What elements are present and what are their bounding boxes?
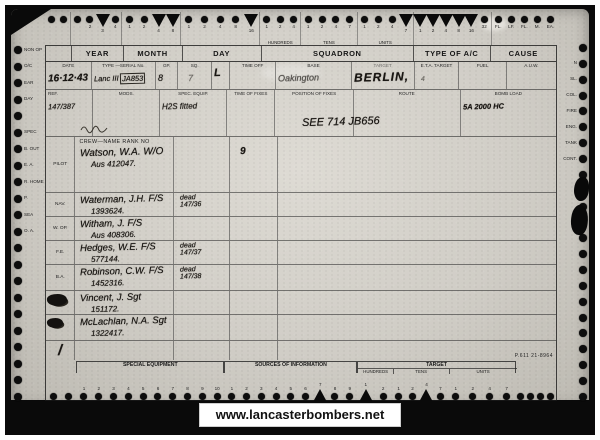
punch-hole: 32 xyxy=(478,16,491,30)
punch-notch: 16 xyxy=(465,16,478,34)
crew-extra-cell xyxy=(229,217,277,240)
punch-hole: 4 xyxy=(385,16,399,30)
punch-hole: 6 xyxy=(151,386,166,400)
target-label: TARGET xyxy=(354,63,412,68)
eta-value: 4 xyxy=(421,76,425,83)
role-rg-scribbled xyxy=(46,315,74,340)
crew-note-cell xyxy=(173,341,229,360)
punch-hole xyxy=(579,107,587,115)
edge-punch-item: COL. xyxy=(557,91,587,101)
mods-label: MODS. xyxy=(95,91,157,96)
punch-hole: 1 xyxy=(224,386,239,400)
role-mug-scribbled xyxy=(46,291,74,315)
crew-row-wop: W. OP. Witham, J. F/S Aus 408306. xyxy=(46,217,556,241)
field-auw: A.U.W. xyxy=(506,62,556,89)
edge-label: R. HOME xyxy=(24,180,44,185)
mug-name: Vincent, J. Sgt xyxy=(80,291,171,304)
punch-hole: 7 xyxy=(498,386,515,400)
slash-mark: / xyxy=(58,342,63,359)
edge-label: SEA xyxy=(24,213,33,218)
punch-hole xyxy=(579,76,587,84)
band-squadron: SQUADRON xyxy=(261,46,413,61)
punch-group-squadron-hundreds: 124 HUNDREDS xyxy=(259,12,300,45)
punch-group-year: 234 xyxy=(70,12,121,45)
punch-hole: 9 xyxy=(342,386,357,400)
punch-hole: 8 xyxy=(180,386,195,400)
crew-row-pilot: PILOT CREW—NAME RANK NO Watson, W.A. W/O… xyxy=(46,137,556,193)
edge-punch-item: CONT. xyxy=(557,154,587,164)
ba-note-ref: 147/38 xyxy=(180,273,227,281)
field-time-off: TIME OFF xyxy=(229,62,276,89)
edge-label: SPEC xyxy=(24,130,37,135)
crew-extra-cell xyxy=(229,291,277,315)
crew-row-blank: / xyxy=(46,341,556,360)
edge-label: P. xyxy=(24,196,28,201)
pilot-extra-mark: 9 xyxy=(240,146,246,157)
field-fuel: FUEL xyxy=(458,62,505,89)
punch-hole xyxy=(579,345,587,353)
crew-row-ba: B.A. Robinson, C.W. F/S 1452316. dead 14… xyxy=(46,265,556,291)
punch-notch: 8 xyxy=(452,16,465,34)
punch-hole xyxy=(579,377,587,385)
punch-hole xyxy=(14,145,22,153)
ref-label: REF. xyxy=(48,91,90,96)
crew-name-cell: Robinson, C.W. F/S 1452316. xyxy=(74,265,173,290)
punch-hole xyxy=(45,16,58,30)
punch-hole: 2 xyxy=(197,16,213,30)
crew-note-cell: dead 147/37 xyxy=(173,241,229,264)
punch-hole xyxy=(14,376,22,384)
punch-hole xyxy=(14,178,22,186)
crew-extra-cell xyxy=(229,341,277,360)
edge-punch-item: EAR xyxy=(14,78,44,88)
edge-label: CONT. xyxy=(563,157,577,162)
serial-value: JA853 xyxy=(120,73,146,85)
role-nav: NAV. xyxy=(46,193,74,216)
field-row-2: REF. 147/387 MODS. SPEC. EQUIP. H2S fitt… xyxy=(46,90,556,137)
edge-punch-item: SPEC xyxy=(14,128,44,138)
punch-hole: 2 xyxy=(464,386,481,400)
edge-punch-item xyxy=(557,360,587,370)
punch-notch: 8 xyxy=(166,16,180,34)
punch-group-type: 12481632 xyxy=(413,12,491,45)
edge-label: B. OUT xyxy=(24,147,39,152)
date-value: 16·12·43 xyxy=(48,72,88,84)
left-edge-punch-column: NON OPO/CEARDAYSPECB. OUTE. A.R. HOMEP.S… xyxy=(14,45,44,402)
special-equipment-label: SPECIAL EQUIPMENT xyxy=(77,362,223,368)
punch-hole: 1 xyxy=(301,16,315,30)
sources-box: SOURCES OF INFORMATION xyxy=(224,361,357,373)
punch-hole xyxy=(14,360,22,368)
punch-hole xyxy=(61,386,76,400)
punch-hole: 7 xyxy=(343,16,357,30)
punch-hole: 7 xyxy=(433,386,447,400)
punch-notch: 16 xyxy=(243,16,259,34)
edge-punch-item xyxy=(14,375,44,385)
role-wop: W. OP. xyxy=(46,217,74,240)
crew-blank-cell xyxy=(277,291,556,315)
type-value: Lanc III xyxy=(94,74,119,84)
special-equipment-box: SPECIAL EQUIPMENT xyxy=(76,361,224,373)
bottom-section-labels: SPECIAL EQUIPMENT SOURCES OF INFORMATION… xyxy=(46,360,556,373)
crew-row-nav: NAV. Waterman, J.H. F/S 1393624. dead 14… xyxy=(46,193,556,217)
crew-name-cell xyxy=(74,341,173,360)
spec-equip-value: H2S fitted xyxy=(162,102,197,112)
punch-notch: 7 xyxy=(399,16,413,34)
punch-hole xyxy=(71,16,84,30)
punch-hole xyxy=(515,386,525,400)
crew-note-cell: dead 147/38 xyxy=(173,265,229,290)
edge-punch-item: DAY xyxy=(14,95,44,105)
crew-name-cell: Waterman, J.H. F/S 1393624. xyxy=(74,193,173,216)
edge-punch-item: SEA xyxy=(14,210,44,220)
caption-bar: www.lancasterbombers.net xyxy=(10,400,590,430)
base-label: BASE xyxy=(278,63,348,68)
punch-hole xyxy=(14,96,22,104)
punch-hole: 2 xyxy=(315,16,329,30)
band-month: MONTH xyxy=(123,46,182,61)
crew-note-cell xyxy=(173,137,229,192)
time-off-label: TIME OFF xyxy=(232,63,274,68)
field-time-of-fixes: TIME OF FIXES xyxy=(226,90,274,136)
role-scribble xyxy=(46,293,67,307)
edge-label: E. A. xyxy=(24,163,34,168)
crew-row-rg: McLachlan, N.A. Sgt 1322417. xyxy=(46,315,556,341)
sources-label: SOURCES OF INFORMATION xyxy=(225,362,356,368)
bomb-load-label: BOMB LOAD xyxy=(463,91,554,96)
edge-punch-item: R. HOME xyxy=(14,177,44,187)
field-l: L xyxy=(211,62,229,89)
crew-table: PILOT CREW—NAME RANK NO Watson, W.A. W/O… xyxy=(46,137,556,360)
caption-box: www.lancasterbombers.net xyxy=(199,403,402,427)
nav-note-ref: 147/36 xyxy=(180,201,227,209)
raf-loss-card: NON OPO/CEARDAYSPECB. OUTE. A.R. HOMEP.S… xyxy=(11,9,589,407)
punch-hole xyxy=(579,92,587,100)
edge-punch-item xyxy=(557,392,587,402)
edge-label: O/C xyxy=(24,64,32,69)
edge-punch-item xyxy=(557,281,587,291)
punch-hole: 2 xyxy=(239,386,254,400)
gp-value: 8 xyxy=(158,73,163,83)
illegible-scrawl xyxy=(79,122,109,134)
punch-hole xyxy=(579,123,587,131)
rg-number: 1322417. xyxy=(91,327,171,338)
punch-hole xyxy=(14,294,22,302)
crew-extra-cell xyxy=(229,265,277,290)
crew-name-cell: CREW—NAME RANK NO Watson, W.A. W/O Aus 4… xyxy=(74,137,173,192)
bottom-lead xyxy=(46,361,76,373)
punch-hole: 1 xyxy=(392,386,406,400)
edge-punch-item: O/C xyxy=(14,62,44,72)
crew-blank-cell xyxy=(277,265,556,290)
punch-notch: 7 xyxy=(313,382,328,400)
punch-hole xyxy=(14,343,22,351)
punch-hole xyxy=(579,44,587,52)
field-mods: MODS. xyxy=(92,90,159,136)
punch-hole: 1 xyxy=(447,386,464,400)
auw-label: A.U.W. xyxy=(509,63,554,68)
punch-hole: 1 xyxy=(260,16,273,30)
edge-punch-item: O. A. xyxy=(14,227,44,237)
punch-hole: 2 xyxy=(374,386,391,400)
field-date: DATE 16·12·43 xyxy=(46,62,91,89)
edge-punch-item: E. A. xyxy=(14,161,44,171)
punch-hole xyxy=(46,386,61,400)
punch-hole: 4 xyxy=(212,16,228,30)
edge-punch-item xyxy=(14,276,44,286)
crew-blank-cell xyxy=(277,137,556,192)
crew-name-cell: Hedges, W.E. F/S 577144. xyxy=(74,241,173,264)
punch-notch: 1 xyxy=(414,16,427,34)
spec-equip-label: SPEC. EQUIP. xyxy=(162,91,224,96)
punch-group-squadron-tens: 1247 TENS xyxy=(300,12,356,45)
punch-hole: 1 xyxy=(358,16,372,30)
top-punch-strip: 234 1248 124816 124 HUNDREDS 1247 TENS 1… xyxy=(45,12,557,45)
punch-hole: 8 xyxy=(228,16,244,30)
edge-punch-item xyxy=(14,293,44,303)
crew-name-cell: McLachlan, N.A. Sgt 1322417. xyxy=(74,315,173,340)
punch-hole: 2 xyxy=(137,16,151,30)
edge-punch-item xyxy=(557,233,587,243)
crew-extra-cell xyxy=(229,315,277,340)
field-base: BASE Oakington xyxy=(275,62,350,89)
fe-note-ref: 147/37 xyxy=(180,249,227,257)
edge-punch-item: TANK xyxy=(557,138,587,148)
edge-punch-item: SL. xyxy=(557,75,587,85)
punch-hole xyxy=(579,282,587,290)
punch-hole: 5 xyxy=(283,386,298,400)
website-caption: www.lancasterbombers.net xyxy=(216,407,385,422)
edge-label: FIRE xyxy=(567,109,577,114)
crew-row-mug: Vincent, J. Sgt 151172. xyxy=(46,291,556,316)
punch-hole: 4 xyxy=(109,16,122,30)
crew-note-cell xyxy=(173,315,229,340)
ref-value: 147/387 xyxy=(48,102,75,112)
edge-punch-item xyxy=(557,43,587,53)
punch-hole: 1 xyxy=(181,16,197,30)
punch-hole: LF. xyxy=(505,16,518,30)
punch-notch: 4 xyxy=(151,16,165,34)
field-gp: GP. 8 xyxy=(155,62,177,89)
punch-hole xyxy=(579,329,587,337)
route-label: ROUTE xyxy=(356,91,458,96)
punch-hole xyxy=(579,155,587,163)
punch-group-lead xyxy=(45,12,70,45)
crew-note-cell xyxy=(173,217,229,240)
punch-hole: 3 xyxy=(106,386,121,400)
field-bomb-load: BOMB LOAD 5A 2000 HC xyxy=(460,90,556,136)
band-stub xyxy=(46,46,71,61)
edge-punch-item xyxy=(557,328,587,338)
punch-notch: 4 xyxy=(439,16,452,34)
bottom-trail xyxy=(516,361,556,373)
punch-hole xyxy=(579,250,587,258)
punch-hole xyxy=(14,79,22,87)
punch-hole: 1 xyxy=(77,386,92,400)
band-cause: CAUSE xyxy=(490,46,557,61)
edge-label: NON OP xyxy=(24,48,42,53)
fe-number: 577144. xyxy=(91,253,171,264)
punch-hole xyxy=(579,139,587,147)
edge-punch-item: B. OUT xyxy=(14,144,44,154)
punch-hole xyxy=(14,244,22,252)
role-blank: / xyxy=(46,341,74,360)
edge-punch-item xyxy=(557,313,587,323)
black-mount-background: NON OPO/CEARDAYSPECB. OUTE. A.R. HOMEP.S… xyxy=(5,5,595,435)
pilot-number: Aus 412047. xyxy=(91,158,171,169)
punch-hole xyxy=(14,129,22,137)
punch-hole xyxy=(14,228,22,236)
crew-extra-cell: 9 xyxy=(229,137,277,192)
field-spec-equip: SPEC. EQUIP. H2S fitted xyxy=(159,90,226,136)
edge-punch-item: NON OP xyxy=(14,45,44,55)
punch-hole: 2 xyxy=(273,16,286,30)
sq-value: 7 xyxy=(188,73,193,83)
punch-hole: 2 xyxy=(84,16,97,30)
punch-hole xyxy=(14,112,22,120)
crew-note-cell: dead 147/36 xyxy=(173,193,229,216)
punch-group-cause: FL.LF.FL.M.EA. xyxy=(491,12,557,45)
punch-hole xyxy=(14,277,22,285)
mug-number: 151172. xyxy=(91,303,171,314)
punch-notch: 2 xyxy=(427,16,440,34)
base-value: Oakington xyxy=(278,72,319,83)
edge-punch-item: ENG. xyxy=(557,122,587,132)
edge-punch-item xyxy=(557,344,587,354)
role-fe: F.E. xyxy=(46,241,74,264)
punch-hole: FL. xyxy=(518,16,531,30)
field-row-1: DATE 16·12·43 TYPE —SERIAL No. Lanc IIIJ… xyxy=(46,62,556,90)
punch-hole: 5 xyxy=(136,386,151,400)
punch-hole: 4 xyxy=(121,386,136,400)
edge-label: DAY xyxy=(24,97,33,102)
edge-punch-item xyxy=(14,243,44,253)
edge-label: EAR xyxy=(24,81,33,86)
position-of-fixes-label: POSITION OF FIXES xyxy=(277,91,350,96)
bottom-punch-strip: SPECIAL EQUIPMENT SOURCES OF INFORMATION… xyxy=(46,360,556,400)
role-pilot: PILOT xyxy=(46,137,74,192)
edge-punch-item xyxy=(14,359,44,369)
punch-hole: 10 xyxy=(210,386,225,400)
punch-hole: 4 xyxy=(481,386,498,400)
edge-punch-item: FIRE xyxy=(557,106,587,116)
edge-punch-item xyxy=(14,260,44,270)
crew-extra-cell xyxy=(229,241,277,264)
field-eta-target: E.T.A. TARGET 4 xyxy=(414,62,459,89)
punch-hole: 8 xyxy=(328,386,343,400)
form-grid: YEAR MONTH DAY SQUADRON TYPE OF A/C CAUS… xyxy=(45,45,557,401)
punch-hole xyxy=(546,386,556,400)
edge-punch-item xyxy=(557,265,587,275)
field-position-of-fixes: POSITION OF FIXES xyxy=(274,90,352,136)
punch-hole xyxy=(14,162,22,170)
punch-hole: 2 xyxy=(371,16,385,30)
punch-hole xyxy=(536,386,546,400)
edge-label: O. A. xyxy=(24,229,34,234)
crew-name-cell: Witham, J. F/S Aus 408306. xyxy=(74,217,173,240)
crew-blank-cell xyxy=(277,241,556,264)
crew-note-cell xyxy=(173,291,229,315)
edge-label: COL. xyxy=(566,93,577,98)
punch-notch: 4 xyxy=(420,382,434,400)
punch-hole: 9 xyxy=(195,386,210,400)
edge-label: TANK xyxy=(565,141,577,146)
punch-hole xyxy=(579,234,587,242)
punch-hole xyxy=(579,393,587,401)
form-number: P.611 21-8964 xyxy=(515,353,553,359)
target-box: TARGET HUNDREDS TENS UNITS xyxy=(357,361,515,373)
edge-label: N xyxy=(574,61,577,66)
crew-row-fe: F.E. Hedges, W.E. F/S 577144. dead 147/3… xyxy=(46,241,556,265)
nav-number: 1393624. xyxy=(91,205,171,216)
edge-punch-item xyxy=(14,392,44,402)
bottom-holes-row: 12345678910 123456789 12 1247 1247 xyxy=(46,373,556,400)
punch-hole xyxy=(579,314,587,322)
crew-blank-cell xyxy=(277,217,556,240)
field-route: ROUTE SEE 714 JB656 xyxy=(353,90,460,136)
punch-notch: 3 xyxy=(96,16,109,34)
bomb-load-value: 5A 2000 HC xyxy=(463,101,504,111)
edge-label: ENG. xyxy=(566,125,577,130)
gp-label: GP. xyxy=(158,63,175,68)
punch-group-squadron-units: 1247 UNITS xyxy=(357,12,413,45)
punch-notch: 1 xyxy=(357,382,374,400)
role-ba: B.A. xyxy=(46,265,74,290)
punch-hole xyxy=(58,16,71,30)
edge-punch-item xyxy=(14,326,44,336)
time-of-fixes-label: TIME OF FIXES xyxy=(229,91,272,96)
field-target: TARGET BERLIN, xyxy=(351,62,414,89)
wop-number: Aus 408306. xyxy=(91,229,171,240)
punch-hole: 1 xyxy=(122,16,136,30)
punch-hole: 2 xyxy=(91,386,106,400)
punch-hole xyxy=(14,46,22,54)
punch-hole xyxy=(579,361,587,369)
punch-hole xyxy=(579,266,587,274)
edge-punch-item xyxy=(14,342,44,352)
l-value: L xyxy=(214,67,221,79)
punch-hole xyxy=(14,211,22,219)
punch-hole: 4 xyxy=(287,16,300,30)
punch-hole xyxy=(14,63,22,71)
role-scribble xyxy=(47,318,64,330)
punch-hole xyxy=(525,386,535,400)
punch-hole: 4 xyxy=(329,16,343,30)
punch-hole: FL. xyxy=(492,16,505,30)
punch-group-day: 124816 xyxy=(180,12,259,45)
eta-label: E.T.A. TARGET xyxy=(417,63,457,68)
crew-blank-cell xyxy=(277,315,556,340)
edge-punch-item xyxy=(557,249,587,259)
punch-hole xyxy=(579,298,587,306)
band-type: TYPE OF A/C xyxy=(413,46,490,61)
punch-hole: 3 xyxy=(254,386,269,400)
sq-label: SQ. xyxy=(180,63,209,68)
punch-hole xyxy=(14,261,22,269)
punch-hole: M. xyxy=(531,16,544,30)
field-type-serial: TYPE —SERIAL No. Lanc IIIJA853 xyxy=(91,62,155,89)
band-year: YEAR xyxy=(71,46,122,61)
crew-header: CREW—NAME RANK NO xyxy=(79,139,171,145)
punch-hole xyxy=(14,310,22,318)
edge-punch-item: N xyxy=(557,59,587,69)
punch-hole: 2 xyxy=(406,386,420,400)
punch-hole xyxy=(14,393,22,401)
column-header-band: YEAR MONTH DAY SQUADRON TYPE OF A/C CAUS… xyxy=(46,46,556,62)
crew-blank-cell xyxy=(277,193,556,216)
edge-punch-item xyxy=(557,297,587,307)
date-label: DATE xyxy=(48,63,89,68)
